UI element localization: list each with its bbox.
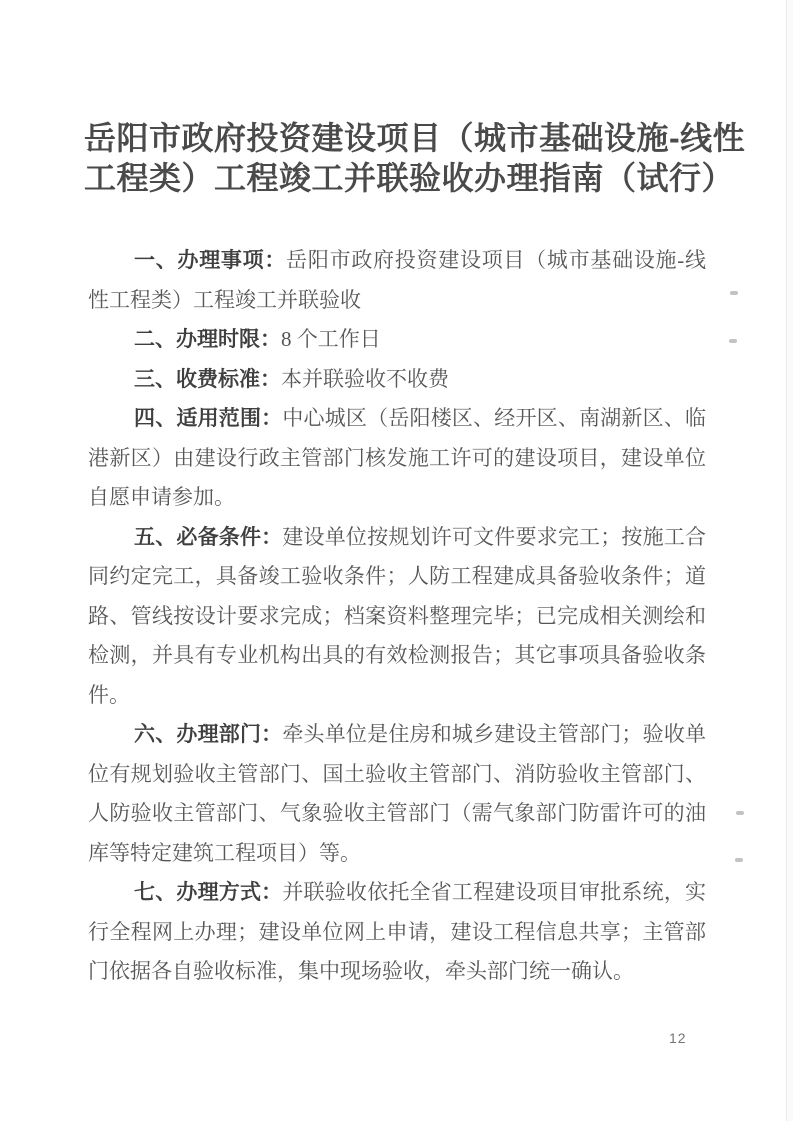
section-paragraph-5: 五、必备条件：建设单位按规划许可文件要求完工；按施工合同约定完工，具备竣工验收条… bbox=[88, 518, 706, 716]
scan-speck-artifact bbox=[729, 339, 737, 343]
section-paragraph-3: 三、收费标准：本并联验收不收费 bbox=[88, 360, 706, 400]
section-label: 五、必备条件： bbox=[134, 526, 282, 549]
scan-speck-artifact bbox=[736, 811, 744, 815]
section-label: 四、适用范围： bbox=[134, 407, 282, 430]
section-text: 8 个工作日 bbox=[281, 327, 381, 351]
section-paragraph-6: 六、办理部门：牵头单位是住房和城乡建设主管部门；验收单位有规划验收主管部门、国土… bbox=[88, 715, 706, 873]
document-title: 岳阳市政府投资建设项目（城市基础设施-线性 工程类）工程竣工并联验收办理指南（试… bbox=[84, 118, 776, 198]
section-label: 六、办理部门： bbox=[134, 723, 282, 746]
section-paragraph-7: 七、办理方式：并联验收依托全省工程建设项目审批系统，实行全程网上办理；建设单位网… bbox=[88, 873, 706, 992]
scan-speck-artifact bbox=[730, 291, 738, 295]
section-text: 本并联验收不收费 bbox=[281, 367, 449, 391]
section-label: 一、办理事项： bbox=[134, 249, 286, 272]
scan-edge-artifact bbox=[786, 0, 793, 1121]
section-label: 三、收费标准： bbox=[134, 368, 281, 391]
section-paragraph-1: 一、办理事项：岳阳市政府投资建设项目（城市基础设施-线性工程类）工程竣工并联验收 bbox=[88, 241, 706, 320]
document-body: 一、办理事项：岳阳市政府投资建设项目（城市基础设施-线性工程类）工程竣工并联验收… bbox=[88, 241, 706, 992]
page-number: 12 bbox=[669, 1030, 687, 1046]
scan-speck-artifact bbox=[735, 858, 743, 862]
section-text: 建设单位按规划许可文件要求完工；按施工合同约定完工，具备竣工验收条件；人防工程建… bbox=[88, 525, 706, 707]
section-paragraph-2: 二、办理时限：8 个工作日 bbox=[88, 320, 706, 360]
section-label: 二、办理时限： bbox=[134, 328, 281, 351]
section-paragraph-4: 四、适用范围：中心城区（岳阳楼区、经开区、南湖新区、临港新区）由建设行政主管部门… bbox=[88, 399, 706, 518]
section-label: 七、办理方式： bbox=[134, 881, 282, 904]
document-page: 岳阳市政府投资建设项目（城市基础设施-线性 工程类）工程竣工并联验收办理指南（试… bbox=[0, 0, 793, 1121]
